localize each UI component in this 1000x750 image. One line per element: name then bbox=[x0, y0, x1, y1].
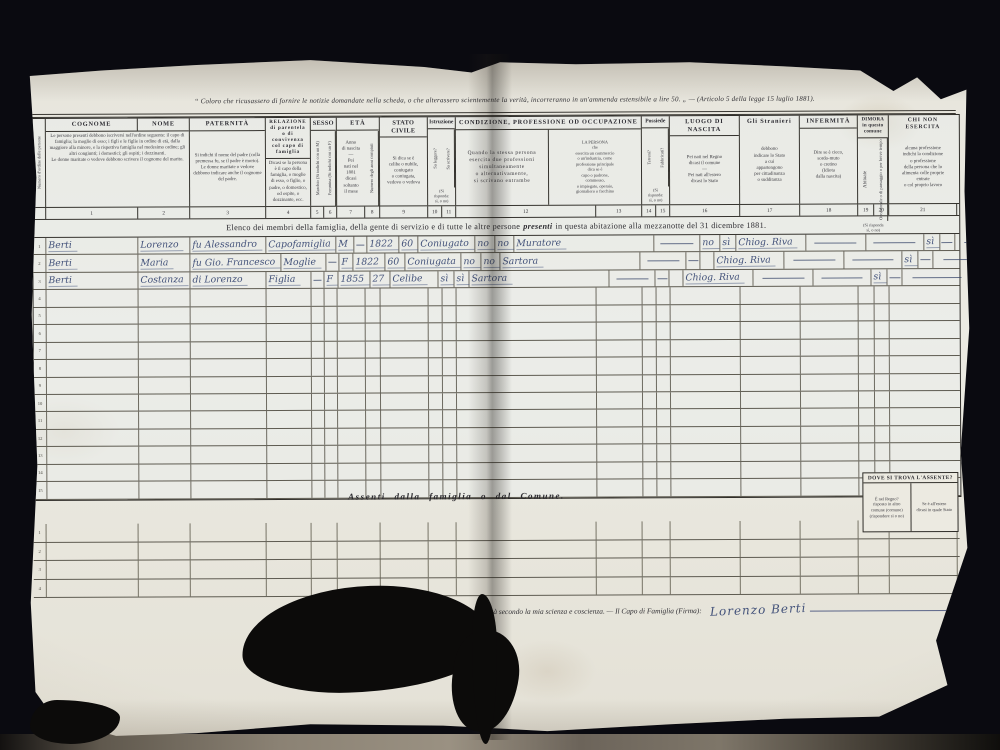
dove-col2: Se è all'estero dicasi in quale Stato bbox=[910, 483, 958, 531]
column-number: 13 bbox=[596, 205, 642, 216]
data-cell bbox=[643, 462, 657, 478]
data-cell bbox=[687, 253, 701, 269]
data-cell bbox=[890, 408, 958, 425]
data-cell bbox=[366, 446, 381, 463]
numero-label: Numero d'ordine delle persone bbox=[33, 119, 45, 207]
col-header-chi-non-esercita: CHI NON ESERCITA alcuna professione indi… bbox=[889, 115, 957, 203]
data-cell bbox=[429, 341, 443, 357]
column-number: 5 bbox=[311, 207, 324, 218]
data-cell bbox=[597, 462, 643, 479]
data-cell bbox=[643, 288, 657, 304]
data-cell bbox=[785, 252, 845, 269]
column-number: 15 bbox=[656, 205, 670, 216]
stato-desc: Si dica se è celibe o nubile, coniugato … bbox=[380, 137, 427, 205]
data-cell bbox=[338, 289, 366, 306]
data-cell bbox=[267, 464, 312, 481]
row-number-cell: 14 bbox=[34, 465, 47, 481]
data-cell bbox=[597, 288, 643, 305]
data-cell bbox=[47, 412, 139, 429]
row-number-cell: 9 bbox=[34, 377, 47, 393]
column-number: 20 bbox=[874, 204, 889, 215]
data-cell bbox=[325, 376, 338, 392]
data-cell bbox=[443, 341, 457, 357]
data-cell bbox=[457, 522, 597, 540]
data-cell bbox=[191, 377, 267, 394]
data-cell: M bbox=[337, 237, 355, 254]
data-cell bbox=[890, 356, 958, 373]
data-cell bbox=[267, 289, 312, 306]
data-cell bbox=[457, 340, 597, 357]
data-cell bbox=[443, 376, 457, 392]
column-number: 7 bbox=[337, 207, 365, 218]
data-cell bbox=[312, 394, 325, 410]
terreni-label: Terreni? bbox=[642, 128, 656, 186]
col-group-dimora: DIMORA in questo comune Abituale Occasio… bbox=[858, 115, 889, 203]
data-cell: fu Alessandro bbox=[190, 237, 266, 254]
luogo-title: LUOGO DI NASCITA bbox=[670, 116, 739, 136]
data-cell bbox=[875, 444, 890, 461]
data-cell bbox=[643, 375, 657, 391]
data-cell bbox=[47, 464, 139, 481]
data-cell bbox=[741, 339, 801, 356]
data-cell bbox=[801, 461, 859, 478]
data-cell bbox=[381, 306, 429, 323]
data-cell bbox=[312, 341, 325, 357]
data-cell bbox=[325, 341, 338, 357]
data-cell bbox=[657, 445, 671, 461]
data-cell bbox=[457, 323, 597, 340]
data-cell bbox=[443, 445, 457, 461]
data-cell bbox=[338, 463, 366, 480]
data-cell bbox=[366, 289, 381, 306]
data-cell bbox=[671, 409, 741, 426]
data-cell bbox=[890, 374, 958, 391]
column-number: 10 bbox=[428, 206, 442, 217]
data-cell bbox=[191, 542, 267, 560]
fabbricati-label: Fabbricati? bbox=[656, 128, 669, 186]
paternita-title: PATERNITÀ bbox=[190, 118, 265, 131]
data-cell bbox=[875, 287, 890, 304]
data-cell bbox=[325, 463, 338, 479]
data-cell bbox=[381, 358, 429, 375]
data-cell bbox=[267, 446, 312, 463]
data-cell bbox=[267, 429, 312, 446]
data-cell: no bbox=[462, 254, 482, 271]
data-cell bbox=[443, 323, 457, 339]
data-cell bbox=[429, 358, 443, 374]
data-cell bbox=[429, 393, 443, 409]
data-cell bbox=[597, 392, 643, 409]
col-header-infermita: INFERMITÀ Dire se è cieco, sordo-muto o … bbox=[800, 115, 858, 203]
data-cell bbox=[325, 411, 338, 427]
data-cell bbox=[312, 446, 325, 462]
data-cell bbox=[610, 270, 656, 287]
data-cell bbox=[325, 394, 338, 410]
data-cell bbox=[643, 410, 657, 426]
data-cell: no bbox=[495, 236, 515, 253]
data-cell bbox=[338, 341, 366, 358]
data-cell bbox=[671, 427, 741, 444]
data-cell bbox=[859, 356, 875, 373]
data-cell bbox=[338, 411, 366, 428]
col-header-cognome: COGNOME bbox=[46, 119, 137, 131]
data-cell: Muratore bbox=[514, 235, 654, 252]
data-cell bbox=[381, 522, 429, 540]
data-cell bbox=[845, 252, 903, 269]
data-cell bbox=[338, 560, 381, 578]
column-number: 12 bbox=[456, 206, 596, 218]
data-cell: Figlia bbox=[266, 272, 311, 289]
data-cell bbox=[267, 394, 312, 411]
data-cell bbox=[457, 540, 597, 558]
data-cell bbox=[312, 289, 325, 305]
data-cell bbox=[657, 462, 671, 478]
sesso-m-label: Maschio (Si indichi con un M) bbox=[311, 130, 324, 206]
data-cell bbox=[191, 359, 267, 376]
data-cell bbox=[903, 269, 971, 286]
data-cell bbox=[381, 411, 429, 428]
data-cell bbox=[875, 321, 890, 338]
census-table: Numero d'ordine delle persone COGNOME NO… bbox=[32, 114, 962, 501]
data-cell: 27 bbox=[371, 271, 391, 288]
data-cell: F bbox=[324, 272, 339, 289]
col-group-condizione: CONDIZIONE, PROFESSIONE OD OCCUPAZIONE Q… bbox=[456, 116, 642, 205]
data-cell bbox=[875, 409, 890, 426]
data-cell bbox=[139, 542, 191, 560]
data-cell bbox=[806, 234, 866, 251]
data-cell bbox=[338, 446, 366, 463]
data-cell bbox=[890, 304, 958, 321]
data-cell: sì bbox=[438, 271, 454, 288]
data-cell bbox=[875, 374, 890, 391]
data-cell bbox=[890, 391, 958, 408]
data-cell bbox=[139, 447, 191, 464]
data-cell bbox=[267, 376, 312, 393]
data-cell bbox=[191, 289, 267, 306]
data-cell bbox=[643, 540, 671, 558]
data-cell bbox=[267, 578, 312, 596]
col-group-istruzione: Istruzione Sa leggere? Sa scrivere? (Si … bbox=[428, 117, 456, 205]
data-cell bbox=[47, 447, 139, 464]
data-cell: Chiog. Riva bbox=[736, 235, 806, 252]
data-cell bbox=[859, 539, 890, 557]
row-number-cell: 1 bbox=[34, 524, 47, 542]
data-cell bbox=[457, 559, 597, 577]
data-cell bbox=[801, 539, 859, 557]
data-cell bbox=[47, 377, 139, 394]
column-number: 19 bbox=[858, 204, 874, 215]
data-cell bbox=[47, 325, 139, 342]
data-cell bbox=[139, 394, 191, 411]
data-cell bbox=[47, 561, 139, 579]
data-cell bbox=[671, 558, 741, 576]
row-number-cell: 5 bbox=[34, 308, 47, 324]
data-cell bbox=[671, 305, 741, 322]
data-cell bbox=[312, 541, 338, 559]
column-number: 6 bbox=[324, 207, 337, 218]
data-cell bbox=[741, 409, 801, 426]
data-cell bbox=[657, 288, 671, 304]
data-cell: Lorenzo bbox=[138, 237, 190, 254]
data-cell bbox=[643, 305, 657, 321]
data-cell: Sartora bbox=[501, 253, 641, 270]
data-cell: Chiog. Riva bbox=[684, 270, 754, 287]
eta-title: ETÀ bbox=[337, 118, 379, 131]
data-cell bbox=[859, 339, 875, 356]
data-cell bbox=[457, 410, 597, 427]
photo-backdrop: “ Coloro che ricusassero di fornire le n… bbox=[0, 0, 1000, 750]
istruzione-nota: (Si risponda: sì, o no) bbox=[428, 187, 455, 205]
data-cell: Berti bbox=[46, 255, 138, 272]
data-cell bbox=[47, 360, 139, 377]
data-cell bbox=[597, 577, 643, 595]
data-cell bbox=[670, 270, 684, 286]
data-cell bbox=[643, 340, 657, 356]
data-cell bbox=[657, 357, 671, 373]
data-cell bbox=[457, 358, 597, 375]
data-cell: Capofamiglia bbox=[266, 237, 336, 254]
data-cell bbox=[919, 252, 934, 269]
data-cell: sì bbox=[872, 269, 888, 286]
data-cell bbox=[47, 307, 139, 324]
data-cell bbox=[312, 376, 325, 392]
data-cell: 1855 bbox=[339, 271, 371, 288]
data-cell bbox=[888, 269, 903, 286]
data-cell bbox=[191, 307, 267, 324]
data-cell bbox=[890, 426, 958, 443]
data-cell bbox=[429, 445, 443, 461]
data-cell bbox=[801, 287, 859, 304]
data-cell bbox=[801, 322, 859, 339]
column-number: 8 bbox=[365, 207, 380, 218]
col-desc-cognome-nome: Le persone presenti debbono iscriversi n… bbox=[46, 131, 189, 207]
assenti-table: 1234 bbox=[34, 520, 960, 598]
chi-title: CHI NON ESERCITA bbox=[889, 115, 957, 133]
data-cell bbox=[191, 560, 267, 578]
data-cell bbox=[875, 426, 890, 443]
data-cell bbox=[814, 269, 872, 286]
data-cell bbox=[312, 324, 325, 340]
eta-anno-desc: Anno di nascita — Pei nati nel 1881 dica… bbox=[337, 130, 365, 206]
data-cell bbox=[47, 429, 139, 446]
condizione-title: CONDIZIONE, PROFESSIONE OD OCCUPAZIONE bbox=[456, 116, 641, 129]
data-cell bbox=[457, 393, 597, 410]
data-cell bbox=[191, 579, 267, 597]
data-cell bbox=[654, 235, 700, 252]
col-header-paternita: PATERNITÀ Si indichi il nome del padre (… bbox=[190, 118, 266, 206]
row-number-cell: 7 bbox=[34, 343, 47, 359]
data-cell bbox=[801, 444, 859, 461]
dove-title: DOVE SI TROVA L'ASSENTE? bbox=[863, 473, 957, 483]
penalty-note: “ Coloro che ricusassero di fornire le n… bbox=[95, 94, 915, 106]
row-number-cell: 4 bbox=[34, 290, 47, 306]
data-cell bbox=[859, 426, 875, 443]
column-number: 9 bbox=[380, 206, 428, 217]
row-number-cell: 13 bbox=[34, 447, 47, 463]
data-cell bbox=[859, 322, 875, 339]
data-cell bbox=[338, 541, 381, 559]
data-cell: sì bbox=[924, 234, 940, 251]
row-number-cell: 12 bbox=[34, 430, 47, 446]
data-cell bbox=[325, 359, 338, 375]
data-cell bbox=[381, 289, 429, 306]
data-cell bbox=[267, 541, 312, 559]
data-cell: Celibe bbox=[390, 271, 438, 288]
data-cell bbox=[597, 427, 643, 444]
row-number-cell: 1 bbox=[33, 238, 46, 254]
data-cell bbox=[597, 410, 643, 427]
data-cell bbox=[801, 356, 859, 373]
data-cell bbox=[191, 446, 267, 463]
data-cell bbox=[338, 376, 366, 393]
col-header-luogo: LUOGO DI NASCITA Pei nati nel Regno dica… bbox=[670, 116, 740, 204]
stato-title: STATO CIVILE bbox=[380, 117, 427, 137]
data-cell bbox=[429, 522, 457, 540]
data-cell bbox=[312, 429, 325, 445]
data-cell bbox=[457, 427, 597, 444]
data-cell bbox=[741, 304, 801, 321]
data-cell bbox=[47, 524, 139, 542]
data-cell bbox=[671, 340, 741, 357]
data-cell bbox=[312, 523, 338, 541]
data-cell bbox=[139, 412, 191, 429]
data-cell: 60 bbox=[385, 254, 405, 271]
row-number-cell: 3 bbox=[34, 561, 47, 579]
data-cell: sì bbox=[720, 235, 736, 252]
data-cell bbox=[381, 323, 429, 340]
data-cell bbox=[801, 426, 859, 443]
data-cell bbox=[366, 463, 381, 480]
data-cell bbox=[267, 324, 312, 341]
data-cell bbox=[338, 306, 366, 323]
col-header-stranieri: Gli Stranieri debbono indicare lo Stato … bbox=[740, 116, 800, 204]
data-cell bbox=[671, 539, 741, 557]
data-cell bbox=[312, 463, 325, 479]
data-cell bbox=[325, 429, 338, 445]
data-cell bbox=[381, 446, 429, 463]
data-cell bbox=[267, 307, 312, 324]
data-cell bbox=[741, 558, 801, 576]
signature-line bbox=[810, 610, 957, 612]
data-cell bbox=[741, 374, 801, 391]
data-cell bbox=[429, 411, 443, 427]
data-cell bbox=[139, 523, 191, 541]
data-cell: Maria bbox=[138, 255, 190, 272]
data-cell bbox=[875, 304, 890, 321]
data-cell bbox=[47, 542, 139, 560]
data-cell bbox=[741, 287, 801, 304]
data-cell bbox=[443, 411, 457, 427]
data-cell bbox=[801, 576, 859, 594]
data-cell bbox=[890, 443, 958, 460]
dimora-nota: (Si risponda sì, o no) bbox=[858, 221, 888, 234]
data-cell bbox=[139, 359, 191, 376]
data-cell bbox=[139, 579, 191, 597]
data-cell bbox=[801, 557, 859, 575]
data-cell bbox=[657, 392, 671, 408]
data-cell bbox=[643, 357, 657, 373]
elenco-presenti: presenti bbox=[523, 222, 552, 231]
paternita-desc: Si indichi il nome del padre (colla prem… bbox=[190, 131, 265, 207]
data-cell bbox=[859, 304, 875, 321]
data-cell bbox=[191, 324, 267, 341]
data-cell bbox=[671, 357, 741, 374]
sesso-title: SESSO bbox=[311, 118, 336, 131]
data-cell bbox=[429, 559, 457, 577]
data-cell bbox=[457, 577, 597, 595]
data-cell bbox=[859, 409, 875, 426]
data-cell bbox=[267, 341, 312, 358]
data-cell bbox=[366, 341, 381, 358]
stranieri-title: Gli Stranieri bbox=[740, 116, 799, 128]
col-group-eta: ETÀ Anno di nascita — Pei nati nel 1881 … bbox=[337, 118, 380, 206]
data-cell bbox=[443, 306, 457, 322]
chi-desc: alcuna professione indichi la condizione… bbox=[889, 132, 957, 203]
data-cell bbox=[859, 576, 890, 594]
sesso-f-label: Femmina (Si indichi con un F) bbox=[324, 130, 336, 206]
data-cell bbox=[381, 341, 429, 358]
data-cell bbox=[940, 234, 955, 251]
data-cell bbox=[312, 411, 325, 427]
column-number: 4 bbox=[266, 207, 311, 218]
data-cell bbox=[741, 322, 801, 339]
sa-leggere-label: Sa leggere? bbox=[428, 129, 442, 187]
data-cell bbox=[443, 358, 457, 374]
data-cell bbox=[366, 393, 381, 410]
data-cell bbox=[801, 304, 859, 321]
data-cell bbox=[457, 288, 597, 305]
column-number bbox=[33, 208, 46, 219]
data-cell bbox=[859, 374, 875, 391]
data-cell bbox=[934, 251, 1000, 268]
stranieri-desc: debbono indicare lo Stato a cui apparten… bbox=[740, 127, 799, 204]
data-cell bbox=[597, 357, 643, 374]
data-cell bbox=[641, 253, 687, 270]
data-cell bbox=[139, 560, 191, 578]
column-number: 3 bbox=[190, 207, 266, 218]
data-cell bbox=[657, 427, 671, 443]
col-group-sesso: SESSO Maschio (Si indichi con un M) Femm… bbox=[311, 118, 337, 206]
data-cell bbox=[859, 557, 890, 575]
data-cell bbox=[139, 307, 191, 324]
data-cell bbox=[643, 445, 657, 461]
data-cell: 60 bbox=[399, 236, 419, 253]
data-cell: Moglie bbox=[281, 254, 326, 271]
data-cell bbox=[267, 560, 312, 578]
table-body: 1BertiLorenzofu AlessandroCapofamigliaM1… bbox=[33, 234, 960, 500]
infermita-title: INFERMITÀ bbox=[800, 115, 857, 128]
data-cell bbox=[741, 576, 801, 594]
data-cell bbox=[354, 237, 367, 253]
data-cell: 1822 bbox=[354, 254, 386, 271]
data-cell bbox=[443, 289, 457, 305]
data-cell bbox=[859, 391, 875, 408]
data-cell bbox=[597, 540, 643, 558]
data-cell bbox=[381, 428, 429, 445]
column-number: 17 bbox=[740, 205, 800, 216]
data-cell bbox=[643, 521, 671, 539]
data-cell bbox=[191, 464, 267, 481]
data-cell bbox=[597, 445, 643, 462]
data-cell: no bbox=[481, 253, 501, 270]
col-group-cognome-nome: COGNOME NOME Le persone presenti debbono… bbox=[46, 118, 190, 207]
data-cell bbox=[326, 254, 339, 270]
data-cell bbox=[325, 446, 338, 462]
data-cell bbox=[381, 559, 429, 577]
row-number-cell: 4 bbox=[34, 579, 47, 597]
data-cell: Berti bbox=[46, 238, 138, 255]
data-cell bbox=[47, 395, 139, 412]
